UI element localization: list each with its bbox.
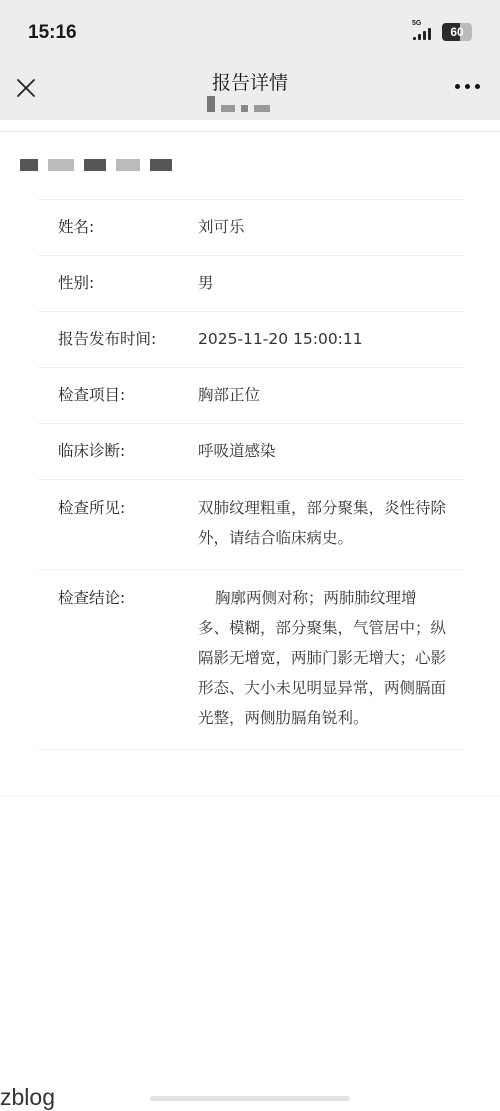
status-icons: 5G 60 — [412, 22, 472, 42]
hospital-name-redacted — [20, 155, 172, 175]
row-report-time: 报告发布时间: 2025-11-20 15:00:11 — [38, 311, 464, 367]
patient-gender: 男 — [198, 272, 464, 294]
field-label: 检查所见: — [58, 497, 198, 553]
divider — [0, 131, 500, 132]
report-publish-time: 2025-11-20 15:00:11 — [198, 328, 464, 350]
page-subtitle-redacted — [207, 100, 302, 112]
clinical-diagnosis: 呼吸道感染 — [198, 440, 464, 462]
field-label: 检查项目: — [58, 384, 198, 406]
brand-watermark: zblog — [0, 1084, 55, 1111]
row-exam-item: 检查项目: 胸部正位 — [38, 367, 464, 423]
field-label: 临床诊断: — [58, 440, 198, 462]
section-divider — [0, 795, 500, 797]
row-name: 姓名: 刘可乐 — [38, 199, 464, 255]
more-options-button[interactable] — [455, 84, 480, 89]
page-title: 报告详情 — [0, 68, 500, 95]
report-info-card: 姓名: 刘可乐 性别: 男 报告发布时间: 2025-11-20 15:00:1… — [38, 199, 464, 750]
row-clinical-diagnosis: 临床诊断: 呼吸道感染 — [38, 423, 464, 479]
field-label: 姓名: — [58, 216, 198, 238]
cellular-signal-icon: 5G — [412, 22, 438, 42]
exam-findings: 双肺纹理粗重，部分聚集，炎性待除外，请结合临床病史。 — [198, 493, 464, 553]
battery-icon: 60 — [442, 23, 472, 41]
home-indicator[interactable] — [150, 1096, 350, 1101]
patient-name: 刘可乐 — [198, 216, 464, 238]
nav-bar: 报告详情 — [0, 64, 500, 120]
status-time: 15:16 — [28, 22, 77, 44]
field-label: 报告发布时间: — [58, 328, 198, 350]
row-findings: 检查所见: 双肺纹理粗重，部分聚集，炎性待除外，请结合临床病史。 — [38, 479, 464, 569]
battery-percent: 60 — [442, 25, 472, 39]
field-label: 检查结论: — [58, 587, 198, 733]
field-label: 性别: — [58, 272, 198, 294]
exam-conclusion: 胸廓两侧对称；两肺肺纹理增多、模糊，部分聚集，气管居中；纵隔影无增宽，两肺门影无… — [198, 583, 464, 733]
exam-item: 胸部正位 — [198, 384, 464, 406]
more-horizontal-icon — [455, 84, 460, 89]
network-type-label: 5G — [412, 20, 421, 27]
row-conclusion: 检查结论: 胸廓两侧对称；两肺肺纹理增多、模糊，部分聚集，气管居中；纵隔影无增宽… — [38, 569, 464, 750]
status-bar: 15:16 5G 60 — [0, 0, 500, 64]
row-gender: 性别: 男 — [38, 255, 464, 311]
